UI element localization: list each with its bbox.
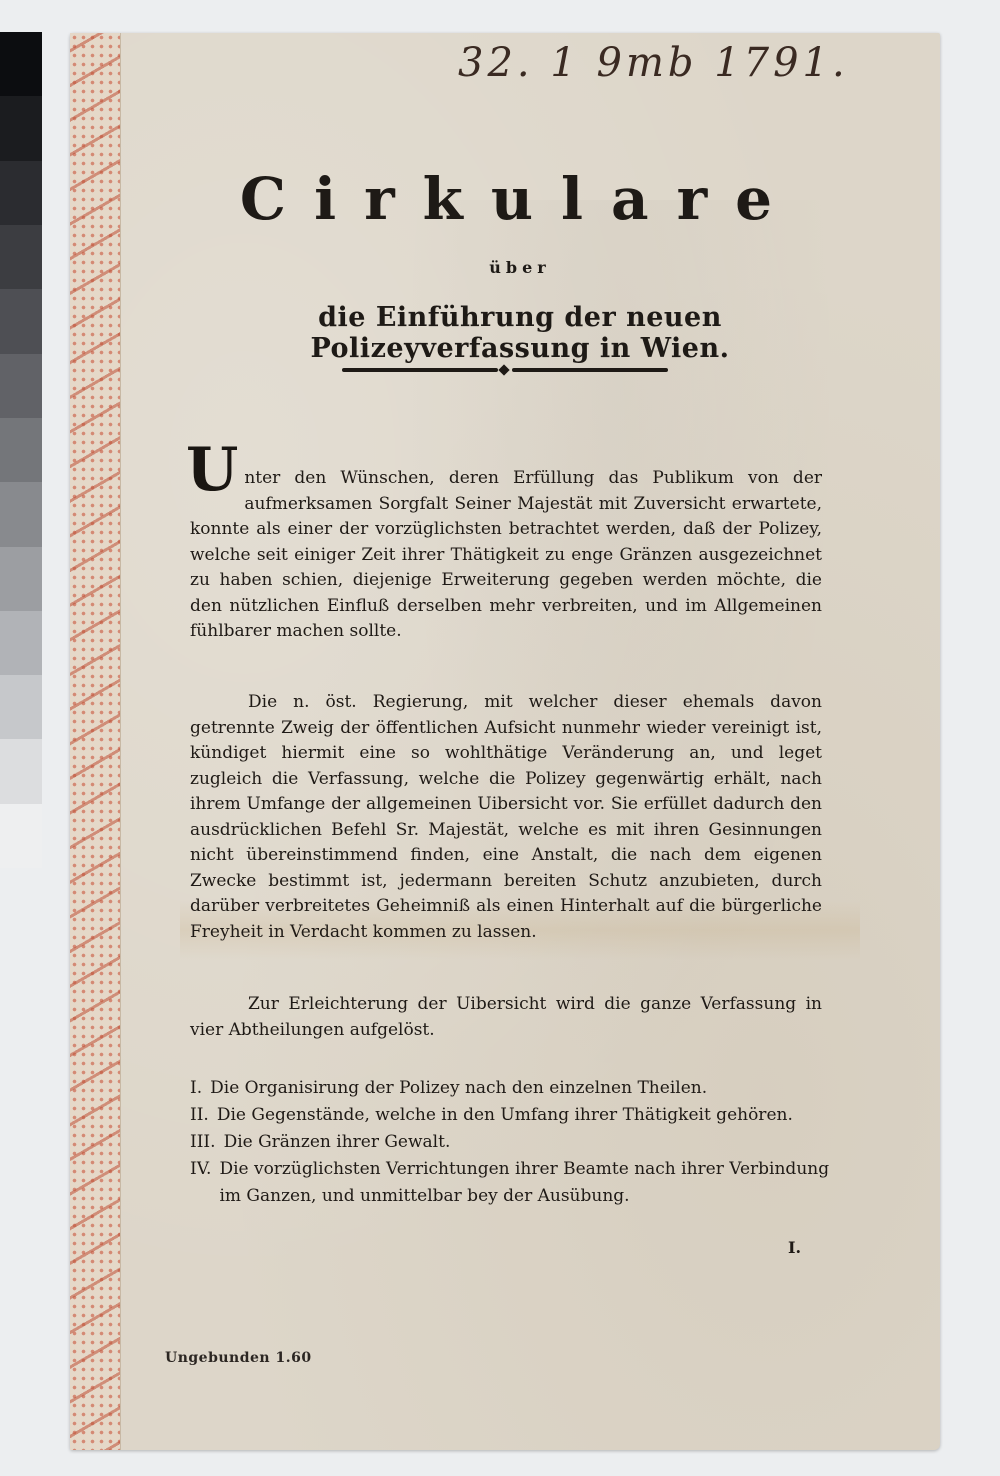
divider-right-bar <box>512 368 668 372</box>
gray-chip <box>0 354 42 418</box>
title-connector: über <box>180 258 860 277</box>
division-text: Die Organisirung der Polizey nach den ei… <box>210 1075 830 1102</box>
paragraph-intro-text: nter den Wünschen, deren Erfüllung das P… <box>190 468 822 641</box>
gray-chip <box>0 32 42 96</box>
division-numeral: III. <box>190 1129 216 1156</box>
division-item: IV. Die vorzüglichsten Verrichtungen ihr… <box>190 1156 830 1210</box>
gray-chip <box>0 418 42 482</box>
divider-left-bar <box>342 368 498 372</box>
gray-chip <box>0 804 42 868</box>
division-text: Die Gegenstände, welche in den Umfang ih… <box>217 1102 830 1129</box>
gray-chip <box>0 547 42 611</box>
divisions-list: I. Die Organisirung der Polizey nach den… <box>190 1075 830 1210</box>
gray-chip <box>0 482 42 546</box>
division-text: Die Gränzen ihrer Gewalt. <box>224 1129 830 1156</box>
paragraph-regierung: Die n. öst. Regierung, mit welcher diese… <box>190 690 822 945</box>
drop-cap: U <box>186 444 238 496</box>
division-numeral: II. <box>190 1102 209 1129</box>
handwritten-date-note: 32. 1 9mb 1791. <box>458 40 858 86</box>
ornamental-divider <box>342 366 668 374</box>
document-subtitle: die Einführung der neuen Polizeyverfassu… <box>180 302 860 364</box>
paragraph-uibersicht: Zur Erleichterung der Uibersicht wird di… <box>190 992 822 1043</box>
division-item: I. Die Organisirung der Polizey nach den… <box>190 1075 830 1102</box>
gray-chip <box>0 161 42 225</box>
decorative-binding-strip <box>70 33 121 1450</box>
division-item: II. Die Gegenstände, welche in den Umfan… <box>190 1102 830 1129</box>
gray-chip <box>0 739 42 803</box>
signature-mark: I. <box>788 1238 801 1257</box>
division-item: III. Die Gränzen ihrer Gewalt. <box>190 1129 830 1156</box>
divider-diamond <box>498 364 509 375</box>
gray-chip <box>0 675 42 739</box>
gray-chip <box>0 96 42 160</box>
paragraph-intro: Unter den Wünschen, deren Erfüllung das … <box>190 466 822 645</box>
gray-chip <box>0 289 42 353</box>
grayscale-calibration-strip <box>0 32 42 868</box>
division-numeral: I. <box>190 1075 202 1102</box>
ungebunden-stamp: Ungebunden 1.60 <box>165 1350 312 1366</box>
document-title: Cirkulare <box>180 165 860 233</box>
gray-chip <box>0 611 42 675</box>
gray-chip <box>0 225 42 289</box>
division-numeral: IV. <box>190 1156 211 1210</box>
division-text: Die vorzüglichsten Verrichtungen ihrer B… <box>219 1156 830 1210</box>
